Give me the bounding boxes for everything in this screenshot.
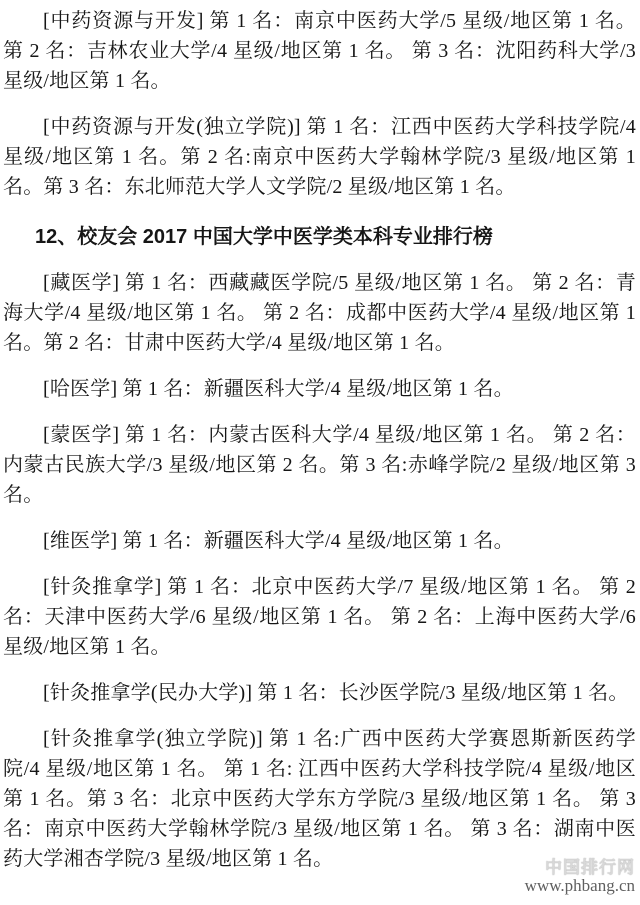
para-tcm-resources: [中药资源与开发] 第 1 名：南京中医药大学/5 星级/地区第 1 名。 第 … [3, 6, 636, 96]
watermark: 中国排行网 www.phbang.cn [525, 859, 635, 896]
watermark-url: www.phbang.cn [525, 877, 635, 896]
para-tibetan-medicine: [藏医学] 第 1 名：西藏藏医学院/5 星级/地区第 1 名。 第 2 名：青… [3, 268, 636, 358]
section-heading-ranking-12: 12、校友会 2017 中国大学中医学类本科专业排行榜 [3, 222, 636, 252]
document-page: [中药资源与开发] 第 1 名：南京中医药大学/5 星级/地区第 1 名。 第 … [0, 0, 640, 905]
para-tcm-resources-independent: [中药资源与开发(独立学院)] 第 1 名：江西中医药大学科技学院/4 星级/地… [3, 112, 636, 202]
para-acupuncture-independent: [针灸推拿学(独立学院)] 第 1 名:广西中医药大学赛恩斯新医药学院/4 星级… [3, 724, 636, 874]
para-kazakh-medicine: [哈医学] 第 1 名：新疆医科大学/4 星级/地区第 1 名。 [3, 374, 636, 404]
para-acupuncture: [针灸推拿学] 第 1 名：北京中医药大学/7 星级/地区第 1 名。 第 2 … [3, 572, 636, 662]
para-mongolian-medicine: [蒙医学] 第 1 名：内蒙古医科大学/4 星级/地区第 1 名。 第 2 名：… [3, 420, 636, 510]
para-uyghur-medicine: [维医学] 第 1 名：新疆医科大学/4 星级/地区第 1 名。 [3, 526, 636, 556]
para-acupuncture-private: [针灸推拿学(民办大学)] 第 1 名：长沙医学院/3 星级/地区第 1 名。 [3, 678, 636, 708]
phbang-logo: 中国排行网 [525, 859, 635, 878]
